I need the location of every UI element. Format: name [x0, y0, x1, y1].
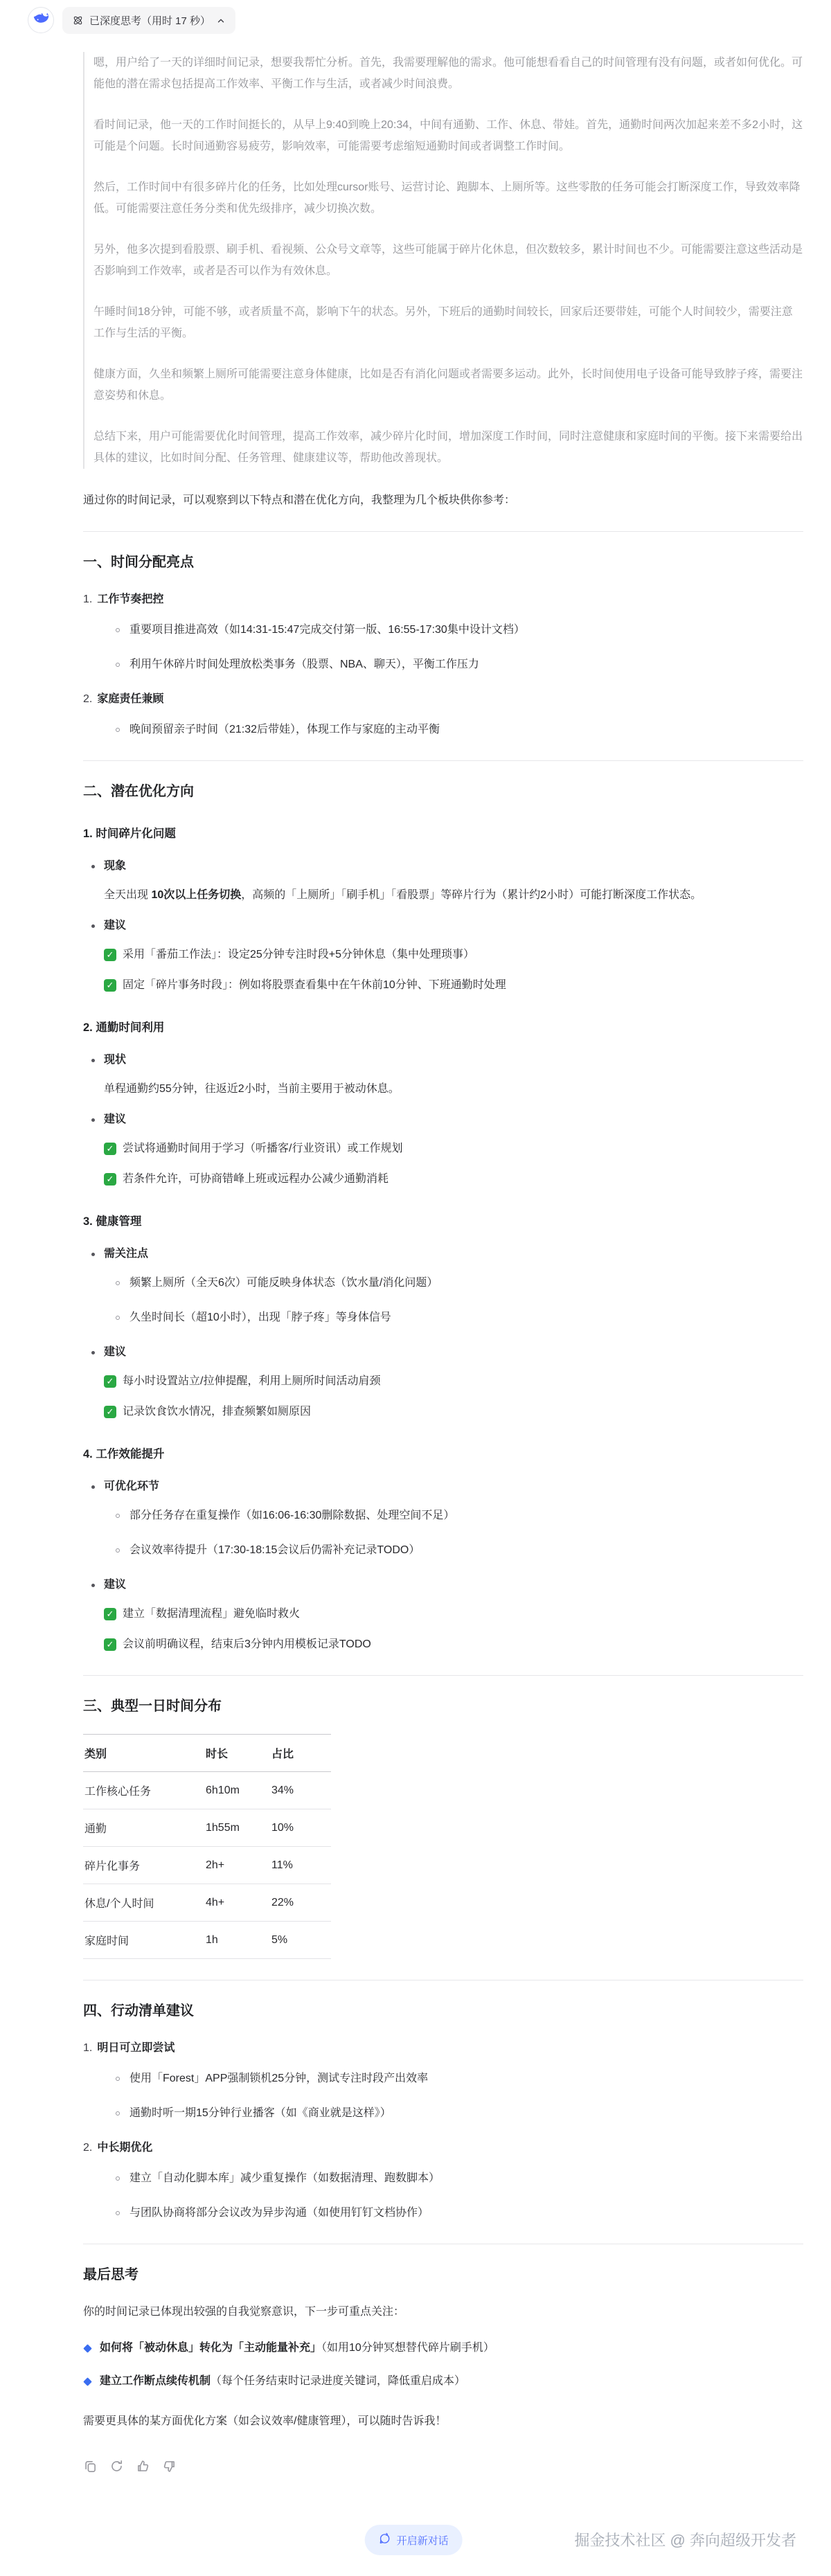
circle-bullet-icon [116, 1514, 120, 1518]
list-item: 2. 家庭责任兼顾 [83, 690, 803, 709]
bullet-body: 每小时设置站立/拉伸提醒，利用上厕所时间活动肩颈 记录饮食饮水情况，排查频繁如厕… [104, 1372, 803, 1422]
chat-page: 已深度思考（用时 17 秒） 嗯，用户给了一天的详细时间记录，想要我帮忙分析。首… [0, 0, 831, 2576]
list-item: 频繁上厕所（全天6次）可能反映身体状态（饮水量/消化问题） [83, 1273, 803, 1293]
new-chat-button[interactable]: 开启新对话 [365, 2525, 463, 2555]
check-icon [104, 1608, 116, 1620]
suggestion-item: 建立「数据清理流程」避免临时救火 [104, 1604, 803, 1624]
circle-bullet-icon [116, 663, 120, 667]
bullet-label: 建议 [83, 916, 803, 936]
cell-category: 通勤 [83, 1809, 204, 1847]
cell-percent: 11% [270, 1847, 331, 1884]
bullet-label: 建议 [83, 1343, 803, 1362]
deep-think-badge-label: 已深度思考（用时 17 秒） [89, 13, 211, 28]
status-text: 单程通勤约55分钟，往返近2小时，当前主要用于被动休息。 [104, 1080, 803, 1099]
suggestion-text: 尝试将通勤时间用于学习（听播客/行业资讯）或工作规划 [123, 1139, 402, 1159]
focus-point: 建立工作断点续传机制（每个任务结束时记录进度关键词，降低重启成本） [83, 2372, 803, 2391]
list-item-text: 利用午休碎片时间处理放松类事务（股票、NBA、聊天），平衡工作压力 [129, 659, 479, 670]
list-item-text: 久坐时间长（超10小时），出现「脖子疼」等身体信号 [129, 1312, 391, 1323]
phenomenon-text: 全天出现 10次以上任务切换，高频的「上厕所」「刷手机」「看股票」等碎片行为（累… [104, 886, 803, 905]
table-row: 家庭时间 1h 5% [83, 1922, 331, 1959]
chat-refresh-icon [379, 2532, 391, 2548]
focus-point: 如何将「被动休息」转化为「主动能量补充」（如用10分钟冥想替代碎片刷手机） [83, 2338, 803, 2358]
item-label: 工作节奏把控 [97, 590, 163, 609]
suggestion-text: 会议前明确议程，结束后3分钟内用模板记录TODO [123, 1635, 371, 1654]
cell-percent: 10% [270, 1809, 331, 1847]
thinking-paragraph: 健康方面，久坐和频繁上厕所可能需要注意身体健康，比如是否有消化问题或者需要多运动… [93, 364, 803, 406]
cell-duration: 2h+ [204, 1847, 270, 1884]
thinking-paragraph: 看时间记录，他一天的工作时间挺长的，从早上9:40到晚上20:34，中间有通勤、… [93, 114, 803, 157]
avatar [28, 7, 54, 33]
suggestion-item: 若条件允许，可协商错峰上班或远程办公减少通勤消耗 [104, 1170, 803, 1189]
focus-point-text: 建立工作断点续传机制（每个任务结束时记录进度关键词，降低重启成本） [100, 2372, 465, 2391]
table-row: 通勤 1h55m 10% [83, 1809, 331, 1847]
suggestion-text: 每小时设置站立/拉伸提醒，利用上厕所时间活动肩颈 [123, 1372, 380, 1391]
list-item: 利用午休碎片时间处理放松类事务（股票、NBA、聊天），平衡工作压力 [83, 655, 803, 674]
list-item-text: 通勤时听一期15分钟行业播客（如《商业就是这样》） [129, 2107, 391, 2119]
check-icon [104, 1638, 116, 1651]
cell-duration: 1h [204, 1922, 270, 1959]
list-item: 会议效率待提升（17:30-18:15会议后仍需补充记录TODO） [83, 1541, 803, 1560]
item-label: 中长期优化 [97, 2138, 152, 2158]
list-item: 1. 工作节奏把控 [83, 590, 803, 609]
regenerate-icon[interactable] [109, 2459, 124, 2474]
section-1-title: 一、时间分配亮点 [83, 553, 803, 572]
circle-bullet-icon [116, 2111, 120, 2116]
suggestion-item: 每小时设置站立/拉伸提醒，利用上厕所时间活动肩颈 [104, 1372, 803, 1391]
list-item: 使用「Forest」APP强制锁机25分钟，测试专注时段产出效率 [83, 2069, 803, 2088]
item-number: 1. [83, 590, 92, 609]
focus-point-text: 如何将「被动休息」转化为「主动能量补充」（如用10分钟冥想替代碎片刷手机） [100, 2338, 494, 2358]
column-header: 时长 [204, 1735, 270, 1772]
table-row: 碎片化事务 2h+ 11% [83, 1847, 331, 1884]
chat-footer: 开启新对话 掘金技术社区 @ 奔向超级开发者 [28, 2525, 803, 2555]
column-header: 类别 [83, 1735, 204, 1772]
circle-bullet-icon [116, 1281, 120, 1285]
new-chat-label: 开启新对话 [397, 2533, 449, 2548]
check-icon [104, 1375, 116, 1388]
check-icon [104, 949, 116, 961]
thumbs-down-icon[interactable] [162, 2459, 177, 2474]
suggestion-text: 固定「碎片事务时段」：例如将股票查看集中在午休前10分钟、下班通勤时处理 [123, 976, 506, 995]
closing-line: 需要更具体的某方面优化方案（如会议效率/健康管理），可以随时告诉我！ [83, 2412, 803, 2431]
list-item-text: 晚间预留亲子时间（21:32后带娃），体现工作与家庭的主动平衡 [129, 724, 440, 735]
cell-percent: 22% [270, 1884, 331, 1922]
cell-percent: 34% [270, 1772, 331, 1809]
suggestion-item: 记录饮食饮水情况，排查频繁如厕原因 [104, 1402, 803, 1422]
answer-intro: 通过你的时间记录，可以观察到以下特点和潜在优化方向，我整理为几个板块供你参考： [83, 491, 803, 510]
suggestion-item: 采用「番茄工作法」：设定25分钟专注时段+5分钟休息（集中处理琐事） [104, 945, 803, 965]
bullet-body: 单程通勤约55分钟，往返近2小时，当前主要用于被动休息。 [104, 1080, 803, 1099]
list-item: 部分任务存在重复操作（如16:06-16:30删除数据、处理空间不足） [83, 1506, 803, 1526]
list-item: 2. 中长期优化 [83, 2138, 803, 2158]
thinking-paragraph: 嗯，用户给了一天的详细时间记录，想要我帮忙分析。首先，我需要理解他的需求。他可能… [93, 52, 803, 95]
dot-bullet-icon [91, 1485, 95, 1489]
time-distribution-table: 类别 时长 占比 工作核心任务 6h10m 34% 通勤 1h55m 10% [83, 1734, 331, 1959]
circle-bullet-icon [116, 2077, 120, 2081]
circle-bullet-icon [116, 1316, 120, 1320]
bullet-label: 建议 [83, 1575, 803, 1595]
suggestion-text: 采用「番茄工作法」：设定25分钟专注时段+5分钟休息（集中处理琐事） [123, 945, 474, 965]
watermark: 掘金技术社区 @ 奔向超级开发者 [574, 2529, 796, 2550]
item-number: 2. [83, 2138, 92, 2158]
suggestion-item: 固定「碎片事务时段」：例如将股票查看集中在午休前10分钟、下班通勤时处理 [104, 976, 803, 995]
bullet-body: 采用「番茄工作法」：设定25分钟专注时段+5分钟休息（集中处理琐事） 固定「碎片… [104, 945, 803, 995]
check-icon [104, 1173, 116, 1186]
item-number: 1. [83, 2039, 92, 2058]
section-divider [83, 1980, 803, 1980]
blue-diamond-icon [83, 2377, 92, 2386]
list-item: 建立「自动化脚本库」减少重复操作（如数据清理、跑数脚本） [83, 2169, 803, 2188]
final-thoughts-intro: 你的时间记录已体现出较强的自我觉察意识，下一步可重点关注： [83, 2302, 803, 2322]
list-item: 通勤时听一期15分钟行业播客（如《商业就是这样》） [83, 2104, 803, 2123]
item-label: 明日可立即尝试 [97, 2039, 175, 2058]
dot-bullet-icon [91, 1584, 95, 1587]
section-divider [83, 2244, 803, 2244]
thinking-paragraph: 总结下来，用户可能需要优化时间管理，提高工作效率，减少碎片化时间，增加深度工作时… [93, 426, 803, 469]
final-thoughts-title: 最后思考 [83, 2265, 803, 2284]
item-label: 家庭责任兼顾 [97, 690, 163, 709]
list-item-text: 使用「Forest」APP强制锁机25分钟，测试专注时段产出效率 [129, 2073, 428, 2084]
message-actions [83, 2459, 803, 2474]
bullet-label: 现状 [83, 1050, 803, 1070]
thinking-paragraph: 另外，他多次提到看股票、刷手机、看视频、公众号文章等，这些可能属于碎片化休息，但… [93, 239, 803, 282]
dot-bullet-icon [91, 1253, 95, 1256]
copy-icon[interactable] [83, 2459, 98, 2474]
cell-duration: 4h+ [204, 1884, 270, 1922]
list-item: 晚间预留亲子时间（21:32后带娃），体现工作与家庭的主动平衡 [83, 720, 803, 740]
cell-category: 家庭时间 [83, 1922, 204, 1959]
blue-diamond-icon [83, 2344, 92, 2353]
bullet-label: 现象 [83, 857, 803, 876]
section-divider [83, 760, 803, 761]
cell-category: 碎片化事务 [83, 1847, 204, 1884]
bullet-body: 建立「数据清理流程」避免临时救火 会议前明确议程，结束后3分钟内用模板记录TOD… [104, 1604, 803, 1654]
suggestion-item: 会议前明确议程，结束后3分钟内用模板记录TODO [104, 1635, 803, 1654]
cell-duration: 1h55m [204, 1809, 270, 1847]
thumbs-up-icon[interactable] [136, 2459, 150, 2474]
table-row: 工作核心任务 6h10m 34% [83, 1772, 331, 1809]
cell-duration: 6h10m [204, 1772, 270, 1809]
list-item: 1. 明日可立即尝试 [83, 2039, 803, 2058]
section-2-title: 二、潜在优化方向 [83, 782, 803, 801]
check-icon [104, 1143, 116, 1155]
bullet-body: 全天出现 10次以上任务切换，高频的「上厕所」「刷手机」「看股票」等碎片行为（累… [104, 886, 803, 905]
dot-bullet-icon [91, 924, 95, 928]
circle-bullet-icon [116, 2211, 120, 2215]
circle-bullet-icon [116, 628, 120, 632]
table-row: 休息/个人时间 4h+ 22% [83, 1884, 331, 1922]
list-item: 重要项目推进高效（如14:31-15:47完成交付第一版、16:55-17:30… [83, 620, 803, 640]
list-item: 与团队协商将部分会议改为异步沟通（如使用钉钉文档协作） [83, 2203, 803, 2223]
subsection-title: 4. 工作效能提升 [83, 1445, 803, 1463]
section-divider [83, 531, 803, 532]
subsection-title: 3. 健康管理 [83, 1213, 803, 1231]
bullet-body: 尝试将通勤时间用于学习（听播客/行业资讯）或工作规划 若条件允许，可协商错峰上班… [104, 1139, 803, 1189]
list-item-text: 频繁上厕所（全天6次）可能反映身体状态（饮水量/消化问题） [129, 1277, 438, 1289]
list-item-text: 重要项目推进高效（如14:31-15:47完成交付第一版、16:55-17:30… [129, 624, 525, 636]
item-number: 2. [83, 690, 92, 709]
dot-bullet-icon [91, 1059, 95, 1062]
column-header: 占比 [270, 1735, 331, 1772]
suggestion-text: 建立「数据清理流程」避免临时救火 [123, 1604, 300, 1624]
list-item: 久坐时间长（超10小时），出现「脖子疼」等身体信号 [83, 1308, 803, 1327]
thinking-paragraph: 午睡时间18分钟，可能不够，或者质量不高，影响下午的状态。另外，下班后的通勤时间… [93, 301, 803, 344]
check-icon [104, 979, 116, 992]
list-item-text: 会议效率待提升（17:30-18:15会议后仍需补充记录TODO） [129, 1544, 420, 1556]
cell-category: 休息/个人时间 [83, 1884, 204, 1922]
atom-deepthink-icon [72, 15, 84, 26]
assistant-message-header: 已深度思考（用时 17 秒） [28, 7, 803, 34]
section-3-title: 三、典型一日时间分布 [83, 1697, 803, 1716]
cell-category: 工作核心任务 [83, 1772, 204, 1809]
bullet-label: 建议 [83, 1110, 803, 1129]
check-icon [104, 1406, 116, 1418]
bullet-label: 可优化环节 [83, 1477, 803, 1496]
deep-think-badge[interactable]: 已深度思考（用时 17 秒） [62, 7, 235, 34]
table-header-row: 类别 时长 占比 [83, 1735, 331, 1772]
list-item-text: 建立「自动化脚本库」减少重复操作（如数据清理、跑数脚本） [129, 2172, 440, 2184]
subsection-title: 2. 通勤时间利用 [83, 1019, 803, 1037]
suggestion-text: 记录饮食饮水情况，排查频繁如厕原因 [123, 1402, 311, 1422]
circle-bullet-icon [116, 728, 120, 732]
circle-bullet-icon [116, 1548, 120, 1553]
cell-percent: 5% [270, 1922, 331, 1959]
dot-bullet-icon [91, 1351, 95, 1354]
section-4-title: 四、行动清单建议 [83, 2001, 803, 2021]
deepseek-whale-logo-icon [32, 10, 50, 31]
circle-bullet-icon [116, 2176, 120, 2181]
list-item-text: 与团队协商将部分会议改为异步沟通（如使用钉钉文档协作） [129, 2207, 429, 2219]
suggestion-item: 尝试将通勤时间用于学习（听播客/行业资讯）或工作规划 [104, 1139, 803, 1159]
list-item-text: 部分任务存在重复操作（如16:06-16:30删除数据、处理空间不足） [129, 1510, 454, 1521]
thinking-paragraph: 然后，工作时间中有很多碎片化的任务，比如处理cursor账号、运营讨论、跑脚本、… [93, 177, 803, 220]
suggestion-text: 若条件允许，可协商错峰上班或远程办公减少通勤消耗 [123, 1170, 388, 1189]
bullet-label: 需关注点 [83, 1244, 803, 1264]
dot-bullet-icon [91, 865, 95, 868]
dot-bullet-icon [91, 1118, 95, 1122]
thinking-block: 嗯，用户给了一天的详细时间记录，想要我帮忙分析。首先，我需要理解他的需求。他可能… [83, 52, 803, 469]
chevron-up-icon[interactable] [216, 16, 226, 26]
subsection-title: 1. 时间碎片化问题 [83, 825, 803, 843]
answer-body: 通过你的时间记录，可以观察到以下特点和潜在优化方向，我整理为几个板块供你参考： … [83, 491, 803, 2474]
section-divider [83, 1675, 803, 1676]
